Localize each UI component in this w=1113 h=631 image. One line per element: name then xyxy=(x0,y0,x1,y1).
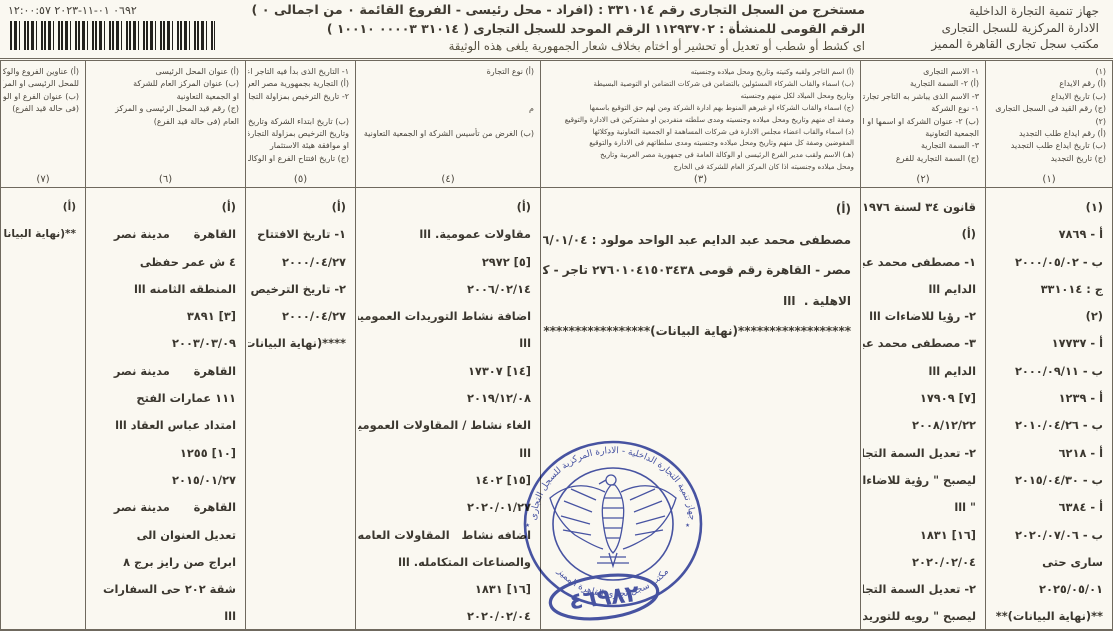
column-body: (أ)مصطفى محمد عبد الدايم عبد الواحد مولو… xyxy=(541,188,860,629)
body-line: (أ) xyxy=(863,221,976,248)
column-number: (٦) xyxy=(86,174,245,185)
table-column-7: (أ) عناوين الفروع والوكالات التابعةللمحل… xyxy=(0,61,85,629)
body-line: أ - ٧٨٦٩ xyxy=(988,221,1103,248)
title-block: مستخرج من السجل التجارى رقم ٣٣١٠١٤ : (اف… xyxy=(245,2,865,55)
header-line: (ب) الغرض من تأسيس الشركة او الجمعية الت… xyxy=(358,128,534,140)
body-line: اضافة نشاط التوريدات العمومية. xyxy=(358,303,531,330)
header-line: (أ) نوع التجارة xyxy=(358,66,534,78)
body-line: مصطفى محمد عبد الدايم عبد الواحد مولود :… xyxy=(543,225,851,256)
body-line: ١١١ عمارات الفتح xyxy=(88,385,236,412)
body-line: (١) xyxy=(988,194,1103,221)
column-number: (٢) xyxy=(861,174,985,185)
body-line: ٢٠٠٦/٠٢/١٤ xyxy=(358,276,531,303)
table-column-5: ١- التاريخ الذى بدأ فيه التاجر اعماله(أ)… xyxy=(245,61,355,629)
column-number: (٥) xyxy=(246,174,355,185)
body-line: امتداد عباس العقاد ااا xyxy=(88,412,236,439)
table-column-1: (١)(أ) رقم الايداع(ب) تاريخ الايداع(ج) ر… xyxy=(985,61,1113,629)
title-line-1: مستخرج من السجل التجارى رقم ٣٣١٠١٤ : (اف… xyxy=(245,2,865,20)
column-number: (١) xyxy=(986,174,1112,185)
body-line: أ - ٦٢١٨ xyxy=(988,440,1103,467)
body-line: ٢٠٠٣/٠٣/٠٩ xyxy=(88,330,236,357)
header-line: ٣- السمة التجارية xyxy=(863,140,979,152)
header-line: (ج) رقم قيد المحل الرئيسى و المركز xyxy=(88,103,239,115)
body-line: ليصبح " رؤية للاضاءات xyxy=(863,467,976,494)
body-line: اضافه نشاط المقاولات العامه xyxy=(358,522,531,549)
header-line: ٣- الاسم الذى يباشر به التاجر تجارته xyxy=(863,91,979,103)
body-line: [١٤] ١٧٣٠٧ xyxy=(358,358,531,385)
header-line: (أ) اسم التاجر ولقبه وكنيته وتاريخ ومحل … xyxy=(543,66,854,78)
body-line: ااا xyxy=(88,603,236,629)
header-line: او الجمعية التعاونية xyxy=(88,91,239,103)
body-line: المنطقه الثامنه ااا xyxy=(88,276,236,303)
body-line: ااا xyxy=(358,330,531,357)
barcode xyxy=(10,21,215,50)
header-line xyxy=(358,91,534,103)
body-line: قانون ٣٤ لسنة ١٩٧٦ xyxy=(863,194,976,221)
header-line: ١- التاريخ الذى بدأ فيه التاجر اعماله xyxy=(248,66,349,78)
column-number: (٤) xyxy=(356,174,540,185)
body-line: الغاء نشاط / المقاولات العمومية. xyxy=(358,412,531,439)
column-header: ١- التاريخ الذى بدأ فيه التاجر اعماله(أ)… xyxy=(246,61,355,188)
body-line: ب - ٢٠١٠/٠٤/٢٦ xyxy=(988,412,1103,439)
body-line: ٢٠٠٨/١٢/٢٢ xyxy=(863,412,976,439)
column-body: (أ)القاهرة مدينة نصر٤ ش عمر حفظىالمنطقه … xyxy=(86,188,245,629)
header-line: ١- نوع الشركة xyxy=(863,103,979,115)
agency-block: جهاز تنمية التجارة الداخلية الادارة المر… xyxy=(869,3,1099,53)
body-line: ٢٠٠٠/٠٤/٢٧ xyxy=(248,303,346,330)
body-line: مصر - القاهرة رقم قومى ٢٧٦٠١٠٤١٥٠٣٤٣٨ تا… xyxy=(543,255,851,286)
body-line: القاهرة مدينة نصر xyxy=(88,494,236,521)
header-line: او موافقة هيئة الاستثمار xyxy=(248,140,349,152)
column-number: (٣) xyxy=(541,174,860,185)
header-line: م xyxy=(358,103,534,115)
column-header: ١- الاسم التجارى(أ) ٢- السمة التجارية٣- … xyxy=(861,61,985,188)
body-line: (أ) xyxy=(358,194,531,221)
body-line: ****(نهاية البيانات)**** xyxy=(248,330,346,357)
body-line: (٢) xyxy=(988,303,1103,330)
body-line: مقاولات عمومية. ااا xyxy=(358,221,531,248)
body-line: ******************(نهاية البيانات)******… xyxy=(543,316,851,347)
body-line: (أ) xyxy=(248,194,346,221)
header-line xyxy=(248,103,349,115)
header-line: (ج) تاريخ افتتاح الفرع او الوكالة xyxy=(248,153,349,165)
body-line: ٢- تعديل السمة التجارية xyxy=(863,576,976,603)
table-column-2: ١- الاسم التجارى(أ) ٢- السمة التجارية٣- … xyxy=(860,61,985,629)
body-line: (أ) xyxy=(88,194,236,221)
registry-table: (١)(أ) رقم الايداع(ب) تاريخ الايداع(ج) ر… xyxy=(0,58,1113,631)
body-line: أ - ١٧٧٣٧ xyxy=(988,330,1103,357)
header-line: (ب) تاريخ ايداع طلب التجديد xyxy=(988,140,1106,152)
body-line: ٢- تعديل السمة التجارية xyxy=(863,440,976,467)
header-line: (أ) التجارية بجمهورية مصر العربية xyxy=(248,78,349,90)
print-timestamp: ٠٦٩٢ ٠١-١١-٢٠٢٣ ١٢:٠٠:٥٧ xyxy=(8,4,137,17)
header-line: ٢- تاريخ الترخيص بمزاولة التجارة xyxy=(248,91,349,103)
body-line: ٢٠٢٠/٠٢/٠٤ xyxy=(863,549,976,576)
body-line: ٢٠٢٠/٠٢/٠٤ xyxy=(358,603,531,629)
body-line: أ - ١٢٣٩ xyxy=(988,385,1103,412)
body-line: ١- مصطفى محمد عبد xyxy=(863,249,976,276)
body-line: ب - ٢٠٠٠/٠٥/٠٢ xyxy=(988,249,1103,276)
header-line: (أ) ٢- السمة التجارية xyxy=(863,78,979,90)
body-line: " ااا xyxy=(863,494,976,521)
body-line: تعديل العنوان الى xyxy=(88,522,236,549)
header-line: (ب) عنوان الفرع او الوكالة xyxy=(3,91,79,103)
title-line-2: الرقم القومى للمنشأة : ١١٢٩٣٧٠٢ الرقم ال… xyxy=(245,20,865,38)
column-body: (أ)١- تاريخ الافتتاح٢٠٠٠/٠٤/٢٧٢- تاريخ ا… xyxy=(246,188,355,629)
table-column-4: (أ) نوع التجارةم(ب) الغرض من تأسيس الشرك… xyxy=(355,61,540,629)
body-line: ابراج صن رايز برج ٨ xyxy=(88,549,236,576)
body-line: ٢٠٢٥/٠٥/٠١ xyxy=(988,576,1103,603)
body-line: القاهرة مدينة نصر xyxy=(88,358,236,385)
header-line: وتاريخ الترخيص بمزاولة التجارة xyxy=(248,128,349,140)
header-line: ١- الاسم التجارى xyxy=(863,66,979,78)
header-line: (٢) xyxy=(988,116,1106,128)
agency-line-3: مكتب سجل تجارى القاهرة المميز xyxy=(869,36,1099,53)
header-line: (أ) عنوان المحل الرئيسى xyxy=(88,66,239,78)
body-line: (أ) xyxy=(543,194,851,225)
header-line: وصفة اى منهم وتاريخ ومحل ميلاده وجنسيته … xyxy=(543,114,854,126)
body-line: ليصبح " رويه للتوريدات xyxy=(863,603,976,629)
agency-line-1: جهاز تنمية التجارة الداخلية xyxy=(869,3,1099,20)
column-body: قانون ٣٤ لسنة ١٩٧٦(أ)١- مصطفى محمد عبدال… xyxy=(861,188,985,629)
body-line: [١٥] ١٤٠٢ xyxy=(358,467,531,494)
header-line: المفوضين وصفة كل منهم وتاريخ ومحل ميلاده… xyxy=(543,137,854,149)
header-line: (ب) ٢- عنوان الشركة او اسمها او اسم xyxy=(863,116,979,128)
body-line: **(نهاية البيانات)** xyxy=(3,221,76,248)
column-header: (أ) عنوان المحل الرئيسى(ب) عنوان المركز … xyxy=(86,61,245,188)
body-line: ج : ٣٣١٠١٤ xyxy=(988,276,1103,303)
body-line: أ - ٦٣٨٤ xyxy=(988,494,1103,521)
header-line: (ب) عنوان المركز العام للشركة xyxy=(88,78,239,90)
header-line: (١) xyxy=(988,66,1106,78)
body-line: القاهرة مدينة نصر xyxy=(88,221,236,248)
body-line: ب - ٢٠٠٠/٠٩/١١ xyxy=(988,358,1103,385)
body-line: [٣] ٣٨٩١ xyxy=(88,303,236,330)
header-line: (هـ) الاسم ولقب مدير الفرع الرئيسى او ال… xyxy=(543,149,854,161)
body-line: ٢٠١٩/١٢/٠٨ xyxy=(358,385,531,412)
header-line: ومحل ميلاده وجنسيته اذا كان المركز العام… xyxy=(543,161,854,173)
body-line: ٣- مصطفى محمد عبد xyxy=(863,330,976,357)
table-column-6: (أ) عنوان المحل الرئيسى(ب) عنوان المركز … xyxy=(85,61,245,629)
column-header: (أ) اسم التاجر ولقبه وكنيته وتاريخ ومحل … xyxy=(541,61,860,188)
header-line: (أ) عناوين الفروع والوكالات التابعة xyxy=(3,66,79,78)
warning-line: اى كشط أو شطب أو تعديل أو تحشير أو اختام… xyxy=(245,38,865,55)
body-line: ٢٠٢٠/٠١/٢٧ xyxy=(358,494,531,521)
header-line: العام (فى حالة قيد الفرع) xyxy=(88,116,239,128)
agency-line-2: الادارة المركزية للسجل التجارى xyxy=(869,20,1099,37)
body-line: ٢- رؤيا للاضاءات ااا xyxy=(863,303,976,330)
column-header: (أ) نوع التجارةم(ب) الغرض من تأسيس الشرك… xyxy=(356,61,540,188)
body-line: [٧] ١٧٩٠٩ xyxy=(863,385,976,412)
header-line: للمحل الرئيسى او المركز العام xyxy=(3,78,79,90)
body-line: ااا xyxy=(358,440,531,467)
body-line: والصناعات المتكامله. ااا xyxy=(358,549,531,576)
header-line: (ج) السمة التجارية للفرع xyxy=(863,153,979,165)
header-line: (ب) اسماء والقاب الشركاء المسئولين بالتض… xyxy=(543,78,854,90)
body-line: ٤ ش عمر حفظى xyxy=(88,249,236,276)
column-header: (١)(أ) رقم الايداع(ب) تاريخ الايداع(ج) ر… xyxy=(986,61,1112,188)
header-line: (ج) اسماء والقاب الشركاء او غيرهم المنوط… xyxy=(543,102,854,114)
body-line: ٢٠١٥/٠١/٢٧ xyxy=(88,467,236,494)
document-page: ٠٦٩٢ ٠١-١١-٢٠٢٣ ١٢:٠٠:٥٧ مستخرج من السجل… xyxy=(0,0,1113,631)
body-line: ب - ٢٠٢٠/٠٧/٠٦ xyxy=(988,522,1103,549)
body-line: **(نهاية البيانات)** xyxy=(988,603,1103,629)
header-line xyxy=(358,116,534,128)
body-line: ٢- تاريخ الترخيص xyxy=(248,276,346,303)
header-line: (ج) تاريخ التجديد xyxy=(988,153,1106,165)
body-line: شقة ٢٠٢ حى السفارات xyxy=(88,576,236,603)
body-line: [١٠] ١٢٥٥ xyxy=(88,440,236,467)
header-line: (فى حالة قيد الفرع) xyxy=(3,103,79,115)
document-header: ٠٦٩٢ ٠١-١١-٢٠٢٣ ١٢:٠٠:٥٧ مستخرج من السجل… xyxy=(0,0,1113,58)
header-line xyxy=(358,78,534,90)
body-line: سارى حتى xyxy=(988,549,1103,576)
body-line: الاهلية . ااا xyxy=(543,286,851,317)
body-line: [٥] ٢٩٧٢ xyxy=(358,249,531,276)
header-line: الجمعية التعاونية xyxy=(863,128,979,140)
header-line: (ب) تاريخ الايداع xyxy=(988,91,1106,103)
header-line: (ب) تاريخ ابتداء الشركة وتاريخ انتهائها xyxy=(248,116,349,128)
column-number: (٧) xyxy=(1,174,85,185)
body-line: [١٦] ١٨٣١ xyxy=(358,576,531,603)
header-line: (ج) رقم القيد فى السجل التجارى xyxy=(988,103,1106,115)
header-line: وتاريخ ومحل الميلاد لكل منهم وجنسيته xyxy=(543,90,854,102)
column-body: (١)أ - ٧٨٦٩ب - ٢٠٠٠/٠٥/٠٢ج : ٣٣١٠١٤(٢)أ … xyxy=(986,188,1112,629)
header-line: (أ) رقم الايداع xyxy=(988,78,1106,90)
table-column-3: (أ) اسم التاجر ولقبه وكنيته وتاريخ ومحل … xyxy=(540,61,860,629)
body-line: ٢٠٠٠/٠٤/٢٧ xyxy=(248,249,346,276)
column-header: (أ) عناوين الفروع والوكالات التابعةللمحل… xyxy=(1,61,85,188)
body-line: ١- تاريخ الافتتاح xyxy=(248,221,346,248)
body-line: الدايم ااا xyxy=(863,276,976,303)
column-body: (أ)**(نهاية البيانات)** xyxy=(1,188,85,629)
header-line: (د) اسماء والقاب اعضاء مجلس الادارة فى ش… xyxy=(543,126,854,138)
body-line: (أ) xyxy=(3,194,76,221)
body-line: الدايم ااا xyxy=(863,358,976,385)
column-body: (أ)مقاولات عمومية. ااا[٥] ٢٩٧٢٢٠٠٦/٠٢/١٤… xyxy=(356,188,540,629)
header-line: (أ) رقم ايداع طلب التجديد xyxy=(988,128,1106,140)
body-line: [١٦] ١٨٣١ xyxy=(863,522,976,549)
body-line: ب - ٢٠١٥/٠٤/٣٠ xyxy=(988,467,1103,494)
